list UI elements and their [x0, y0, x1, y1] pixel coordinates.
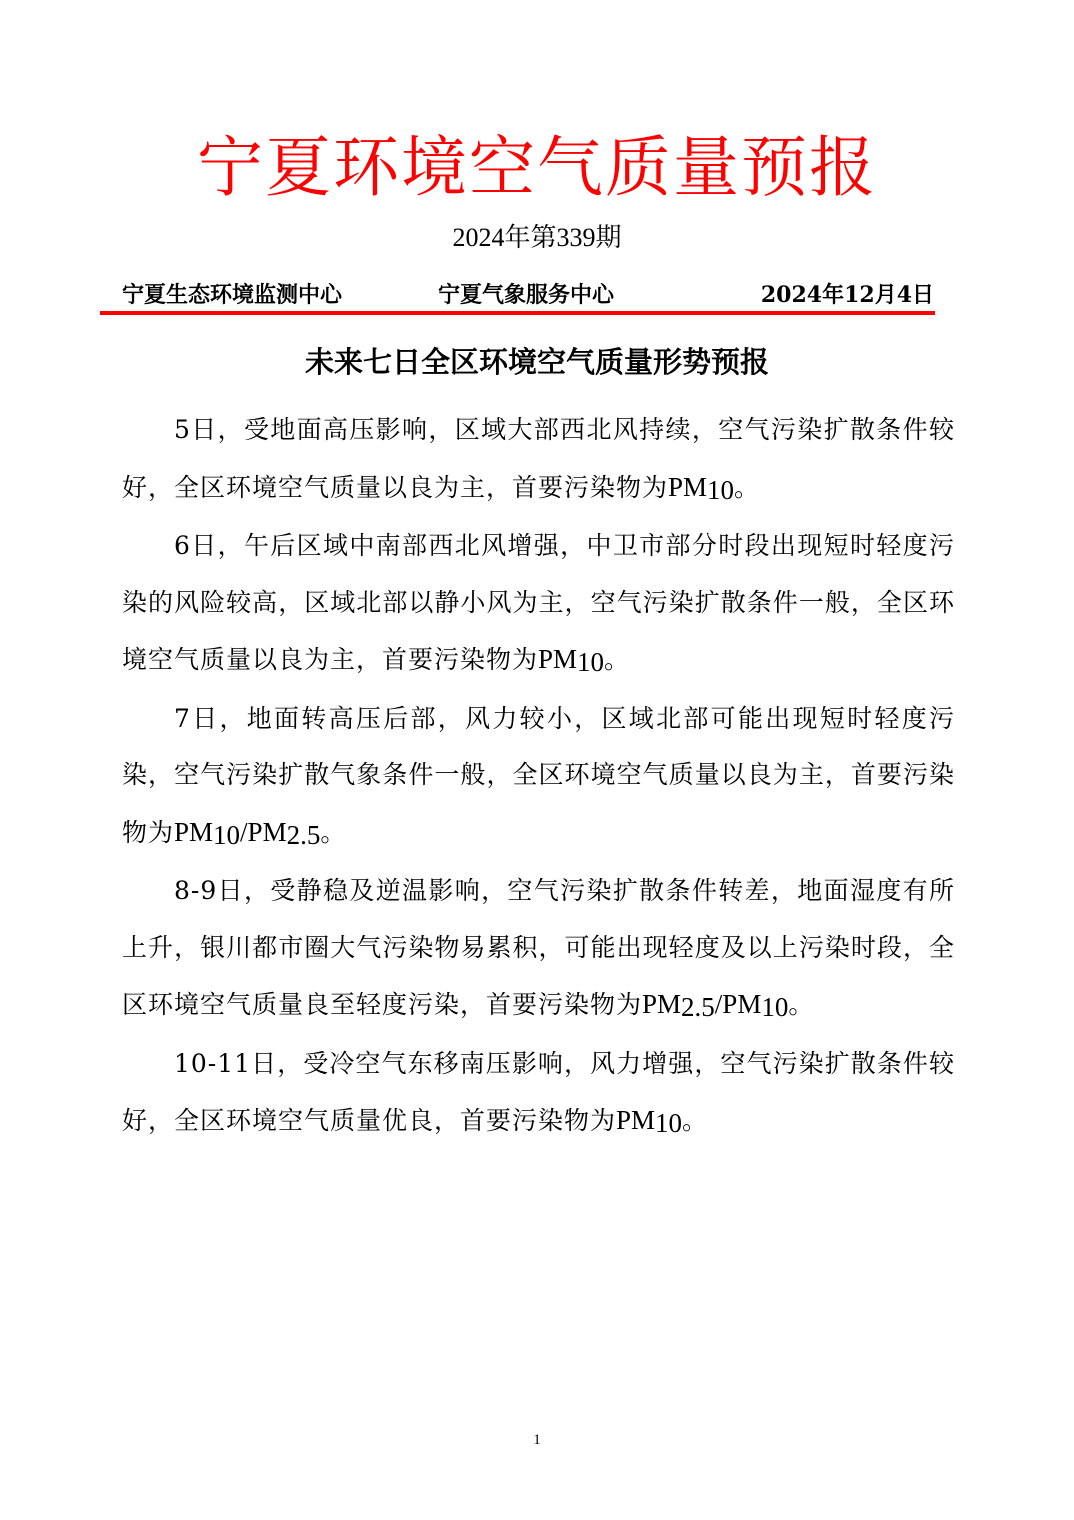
pollutant-subscript: 10 — [577, 647, 604, 677]
pollutant: PM — [174, 817, 213, 847]
forecast-paragraph-day6: 6日，午后区域中南部西北风增强，中卫市部分时段出现短时轻度污染的风险较高，区域北… — [122, 518, 955, 691]
punctuation: 。 — [682, 1106, 708, 1135]
pollutant: PM — [616, 1105, 655, 1135]
punctuation: 。 — [320, 818, 346, 847]
forecast-body: 5日，受地面高压影响，区域大部西北风持续，空气污染扩散条件较好，全区环境空气质量… — [122, 402, 955, 1152]
publisher-environment-center: 宁夏生态环境监测中心 — [122, 279, 342, 311]
page-number: 1 — [0, 1432, 1074, 1449]
pollutant: PM — [538, 644, 577, 674]
pollutant-2-subscript: 2.5 — [287, 820, 321, 850]
paragraph-text: 5日，受地面高压影响，区域大部西北风持续，空气污染扩散条件较好，全区环境空气质量… — [122, 415, 955, 502]
pollutant: PM — [642, 989, 681, 1019]
section-title: 未来七日全区环境空气质量形势预报 — [0, 342, 1074, 382]
punctuation: 。 — [788, 990, 814, 1019]
pollutant-2-subscript: 10 — [761, 992, 788, 1022]
forecast-paragraph-day10-11: 10-11日，受冷空气东移南压影响，风力增强，空气污染扩散条件较好，全区环境空气… — [122, 1036, 955, 1152]
pollutant-2: /PM — [240, 817, 287, 847]
pollutant-subscript: 10 — [655, 1108, 682, 1138]
publish-date: 2024年12月4日 — [761, 279, 934, 311]
issue-number: 2024年第339期 — [0, 222, 1074, 254]
punctuation: 。 — [734, 473, 760, 502]
header-divider — [100, 311, 935, 315]
page-title: 宁夏环境空气质量预报 — [0, 128, 1074, 208]
pollutant: PM — [668, 472, 707, 502]
pollutant-2: /PM — [715, 989, 762, 1019]
pollutant-subscript: 10 — [213, 820, 240, 850]
pollutant-subscript: 10 — [707, 475, 734, 505]
paragraph-text: 10-11日，受冷空气东移南压影响，风力增强，空气污染扩散条件较好，全区环境空气… — [122, 1049, 955, 1136]
paragraph-text: 8-9日，受静稳及逆温影响，空气污染扩散条件转差，地面湿度有所上升，银川都市圈大… — [122, 876, 955, 1019]
punctuation: 。 — [604, 645, 630, 674]
masthead: 宁夏生态环境监测中心 宁夏气象服务中心 2024年12月4日 — [122, 279, 934, 311]
pollutant-subscript: 2.5 — [681, 992, 715, 1022]
forecast-paragraph-day5: 5日，受地面高压影响，区域大部西北风持续，空气污染扩散条件较好，全区环境空气质量… — [122, 402, 955, 518]
forecast-paragraph-day8-9: 8-9日，受静稳及逆温影响，空气污染扩散条件转差，地面湿度有所上升，银川都市圈大… — [122, 863, 955, 1036]
publisher-meteorology-center: 宁夏气象服务中心 — [438, 279, 614, 311]
forecast-paragraph-day7: 7日，地面转高压后部，风力较小，区域北部可能出现短时轻度污染，空气污染扩散气象条… — [122, 691, 955, 864]
